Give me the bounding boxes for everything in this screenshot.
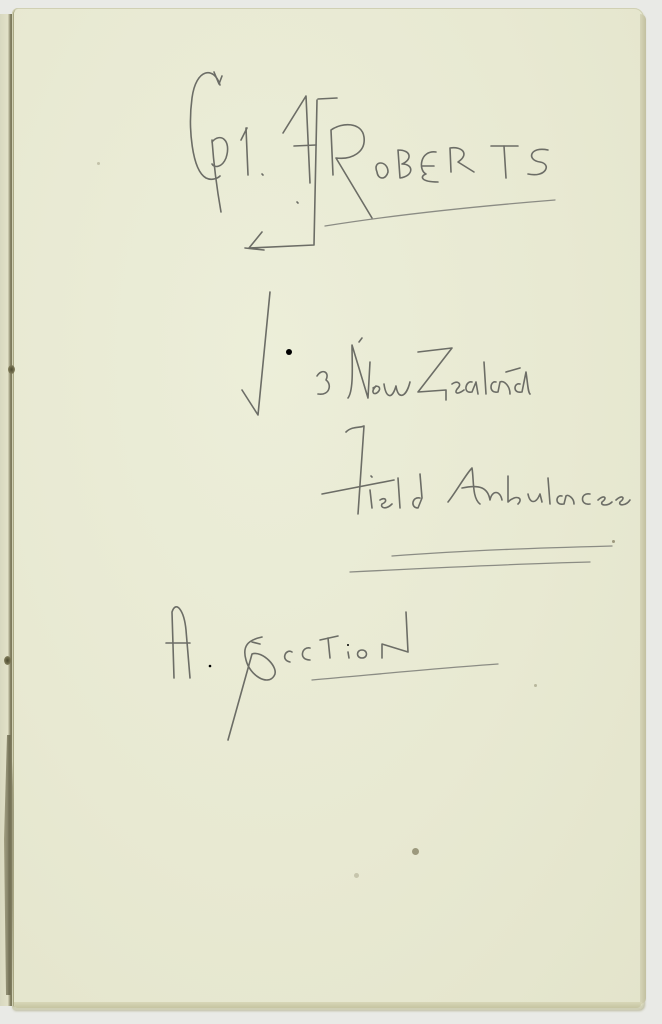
paper-spot	[534, 684, 537, 687]
binding-hole	[4, 656, 11, 665]
paper-spot	[354, 873, 359, 878]
page-edge-bottom	[14, 1002, 642, 1008]
paper-page	[12, 8, 644, 1008]
transcription: Cpl. F.J. Roberts No 3 New Zealand Field…	[0, 0, 1, 1]
binding-hole	[8, 365, 15, 374]
paper-spot	[97, 162, 100, 165]
scanned-notebook-page: Cpl. F.J. Roberts No 3 New Zealand Field…	[0, 0, 662, 1024]
paper-spot	[412, 848, 419, 855]
page-edge-right	[640, 14, 646, 1004]
paper-spot	[612, 540, 615, 543]
